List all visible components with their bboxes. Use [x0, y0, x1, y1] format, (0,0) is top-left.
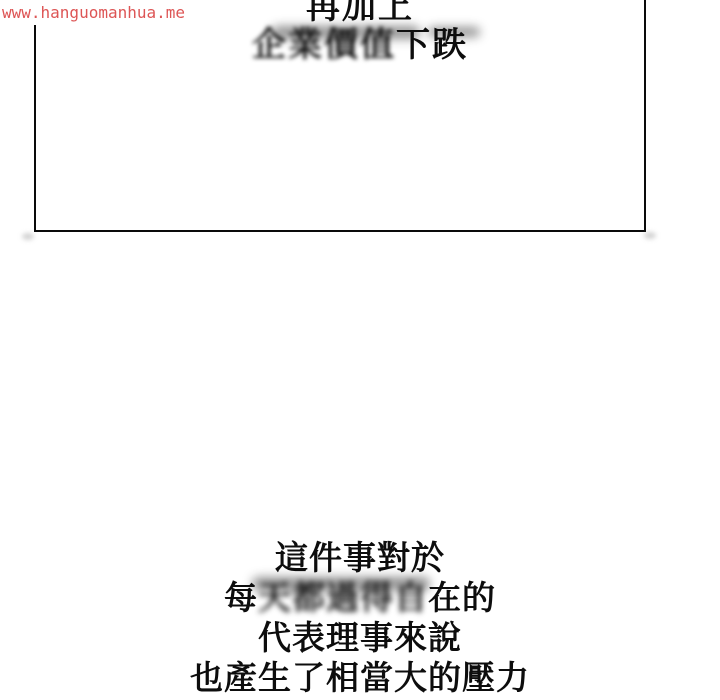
- caption-line-1: 這件事對於: [0, 538, 720, 578]
- blur-artifact: [428, 27, 480, 37]
- blur-artifact: [252, 577, 430, 591]
- caption-text-block: 這件事對於 每天都過得自在的 代表理事來說 也產生了相當大的壓力: [0, 538, 720, 698]
- blur-artifact: [272, 26, 420, 39]
- watermark-text: www.hanguomanhua.me: [0, 3, 185, 22]
- caption-line-2-end-text: 在的: [428, 579, 496, 616]
- manhua-page: 再加上 企業價值下跌 這件事對於 每天都過得自在的 代表理事來說 也產生了相當大…: [0, 0, 720, 700]
- watermark: www.hanguomanhua.me: [0, 0, 198, 25]
- caption-line-4: 也產生了相當大的壓力: [0, 658, 720, 698]
- jpeg-artifact: [22, 233, 34, 240]
- jpeg-artifact: [644, 232, 656, 239]
- caption-line-3: 代表理事來說: [0, 618, 720, 658]
